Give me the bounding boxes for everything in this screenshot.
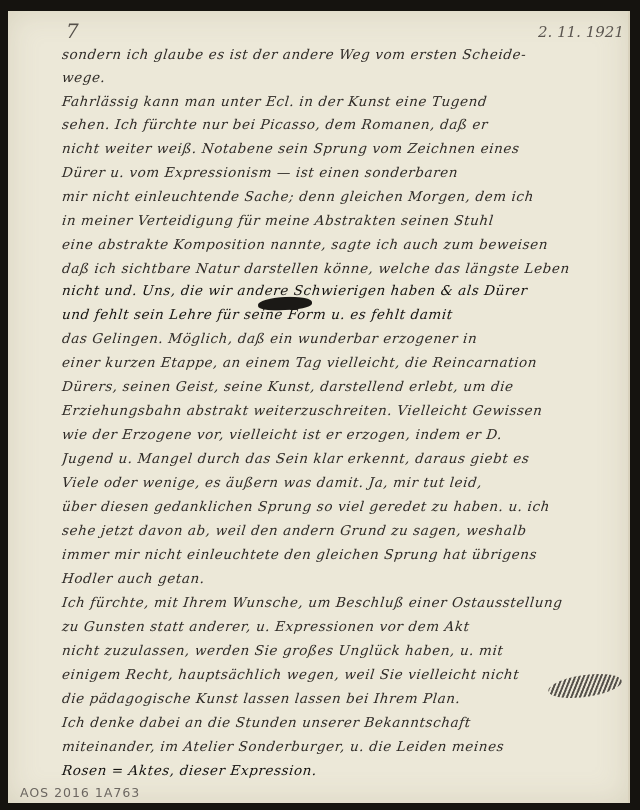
text-line: einigem Recht, hauptsächlich wegen, weil… — [61, 667, 607, 683]
text-line: miteinander, im Atelier Sonderburger, u.… — [61, 739, 607, 755]
text-line: das Gelingen. Möglich, daß ein wunderbar… — [61, 331, 607, 347]
date-annotation: 2. 11. 1921 — [538, 23, 624, 41]
text-line: wege. — [61, 70, 607, 86]
text-line: über diesen gedanklichen Sprung so viel … — [61, 499, 607, 515]
text-line: Fahrlässig kann man unter Ecl. in der Ku… — [61, 94, 607, 110]
text-line: Dürer u. vom Expressionism — ist einen s… — [61, 165, 607, 181]
text-line: Ich denke dabei an die Stunden unserer B… — [61, 715, 607, 731]
text-line: Erziehungsbahn abstrakt weiterzuschreite… — [61, 403, 607, 419]
text-line: sondern ich glaube es ist der andere Weg… — [61, 47, 607, 63]
text-line: daß ich sichtbare Natur darstellen könne… — [61, 261, 607, 277]
text-line: nicht und. Uns, die wir andere Schwierig… — [61, 283, 607, 299]
text-line: wie der Erzogene vor, vielleicht ist er … — [61, 427, 607, 443]
text-line: Jugend u. Mangel durch das Sein klar erk… — [61, 451, 607, 467]
archive-signature: AOS 2016 1A763 — [20, 785, 140, 800]
text-line: mir nicht einleuchtende Sache; denn glei… — [61, 189, 607, 205]
text-line: nicht zuzulassen, werden Sie großes Ungl… — [61, 643, 607, 659]
text-line: einer kurzen Etappe, an einem Tag vielle… — [61, 355, 607, 371]
text-line: Ich fürchte, mit Ihrem Wunsche, um Besch… — [61, 595, 607, 611]
text-line: Viele oder wenige, es äußern was damit. … — [61, 475, 607, 491]
text-line: sehe jetzt davon ab, weil den andern Gru… — [61, 523, 607, 539]
text-line: und fehlt sein Lehre für seine Form u. e… — [61, 307, 607, 323]
text-line: zu Gunsten statt anderer, u. Expressione… — [61, 619, 607, 635]
text-line: die pädagogische Kunst lassen lassen bei… — [61, 691, 607, 707]
text-line: nicht weiter weiß. Notabene sein Sprung … — [61, 141, 607, 157]
text-line: Rosen = Aktes, dieser Expression. — [61, 763, 607, 779]
text-line: Dürers, seinen Geist, seine Kunst, darst… — [61, 379, 607, 395]
text-line: immer mir nicht einleuchtete den gleiche… — [61, 547, 607, 563]
text-line: Hodler auch getan. — [61, 571, 607, 587]
text-line: in meiner Verteidigung für meine Abstrak… — [61, 213, 607, 229]
manuscript-page: 7 2. 11. 1921 sondern ich glaube es ist … — [8, 11, 630, 803]
text-line: sehen. Ich fürchte nur bei Picasso, dem … — [61, 117, 607, 133]
text-line: eine abstrakte Komposition nannte, sagte… — [61, 237, 607, 253]
page-number: 7 — [66, 19, 79, 43]
